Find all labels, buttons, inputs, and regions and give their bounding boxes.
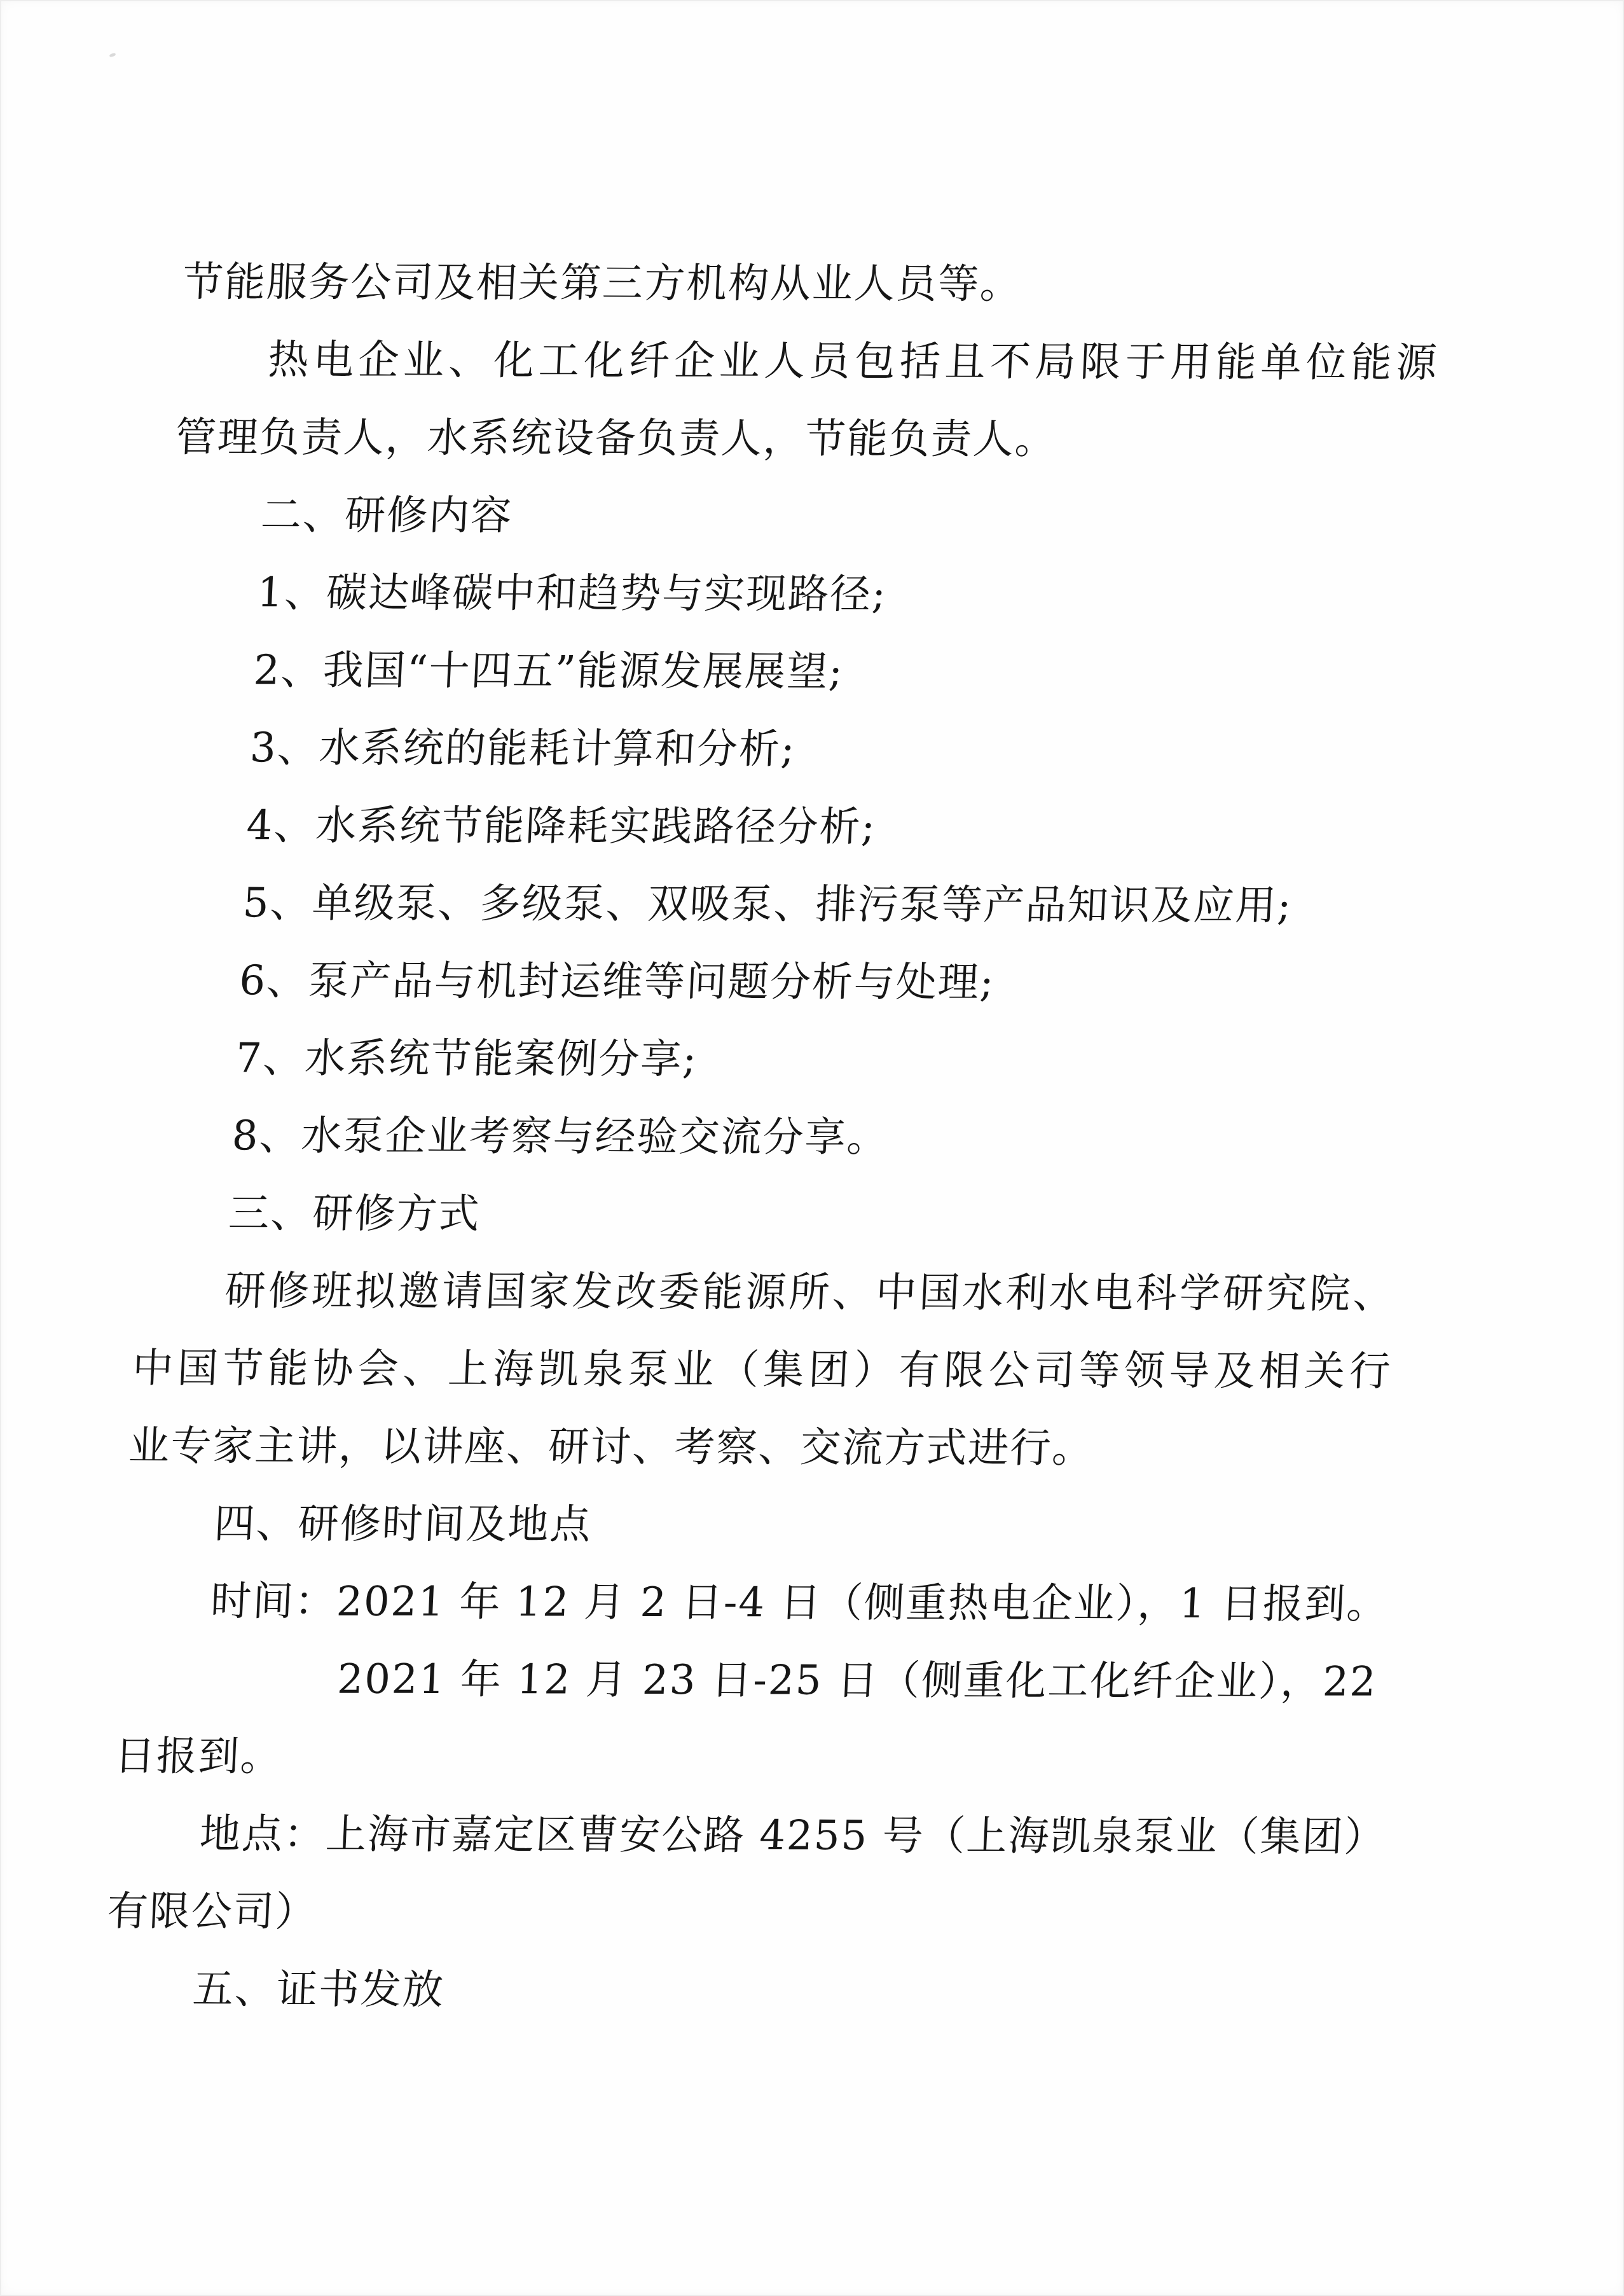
text-line: 五、证书发放 (102, 1951, 1365, 2031)
text-line: 管理负责人，水系统设备负责人，节能负责人。 (174, 399, 1436, 480)
text-line: 日报到。 (113, 1718, 1375, 1799)
text-line: 6、泵产品与机封运维等问题分析与处理; (149, 942, 1412, 1023)
text-line: 三、研修方式 (138, 1175, 1401, 1255)
text-line: 4、水系统节能降耗实践路径分析; (156, 787, 1419, 868)
text-line: 地点：上海市嘉定区曹安公路 4255 号（上海凯泉泵业（集团） (109, 1795, 1372, 1876)
text-line: 5、单级泵、多级泵、双吸泵、排污泵等产品知识及应用; (152, 864, 1415, 945)
text-line: 节能服务公司及相关第三方机构从业人员等。 (181, 244, 1443, 324)
document-text: 节能服务公司及相关第三方机构从业人员等。热电企业、化工化纤企业人员包括且不局限于… (102, 244, 1443, 2031)
text-line: 1、碳达峰碳中和趋势与实现路径; (167, 554, 1429, 635)
text-line: 热电企业、化工化纤企业人员包括且不局限于用能单位能源 (177, 321, 1440, 402)
text-line: 有限公司） (106, 1873, 1368, 1954)
scan-speck (109, 52, 116, 57)
text-line: 2、我国“十四五”能源发展展望; (163, 632, 1426, 712)
text-line: 8、水泵企业考察与经验交流分享。 (141, 1097, 1404, 1178)
text-line: 时间：2021 年 12 月 2 日-4 日（侧重热电企业），1 日报到。 (120, 1563, 1382, 1643)
text-line: 研修班拟邀请国家发改委能源所、中国水利水电科学研究院、 (134, 1252, 1397, 1333)
text-line: 2021 年 12 月 23 日-25 日（侧重化工化纤企业），22 (116, 1640, 1379, 1721)
text-line: 业专家主讲，以讲座、研讨、考察、交流方式进行。 (127, 1407, 1390, 1488)
text-line: 四、研修时间及地点 (123, 1485, 1386, 1566)
text-line: 中国节能协会、上海凯泉泵业（集团）有限公司等领导及相关行 (130, 1330, 1393, 1411)
document-page: 节能服务公司及相关第三方机构从业人员等。热电企业、化工化纤企业人员包括且不局限于… (0, 0, 1624, 2296)
text-line: 7、水系统节能案例分享; (145, 1020, 1408, 1100)
text-line: 3、水系统的能耗计算和分析; (159, 709, 1422, 790)
text-line: 二、研修内容 (170, 476, 1433, 557)
